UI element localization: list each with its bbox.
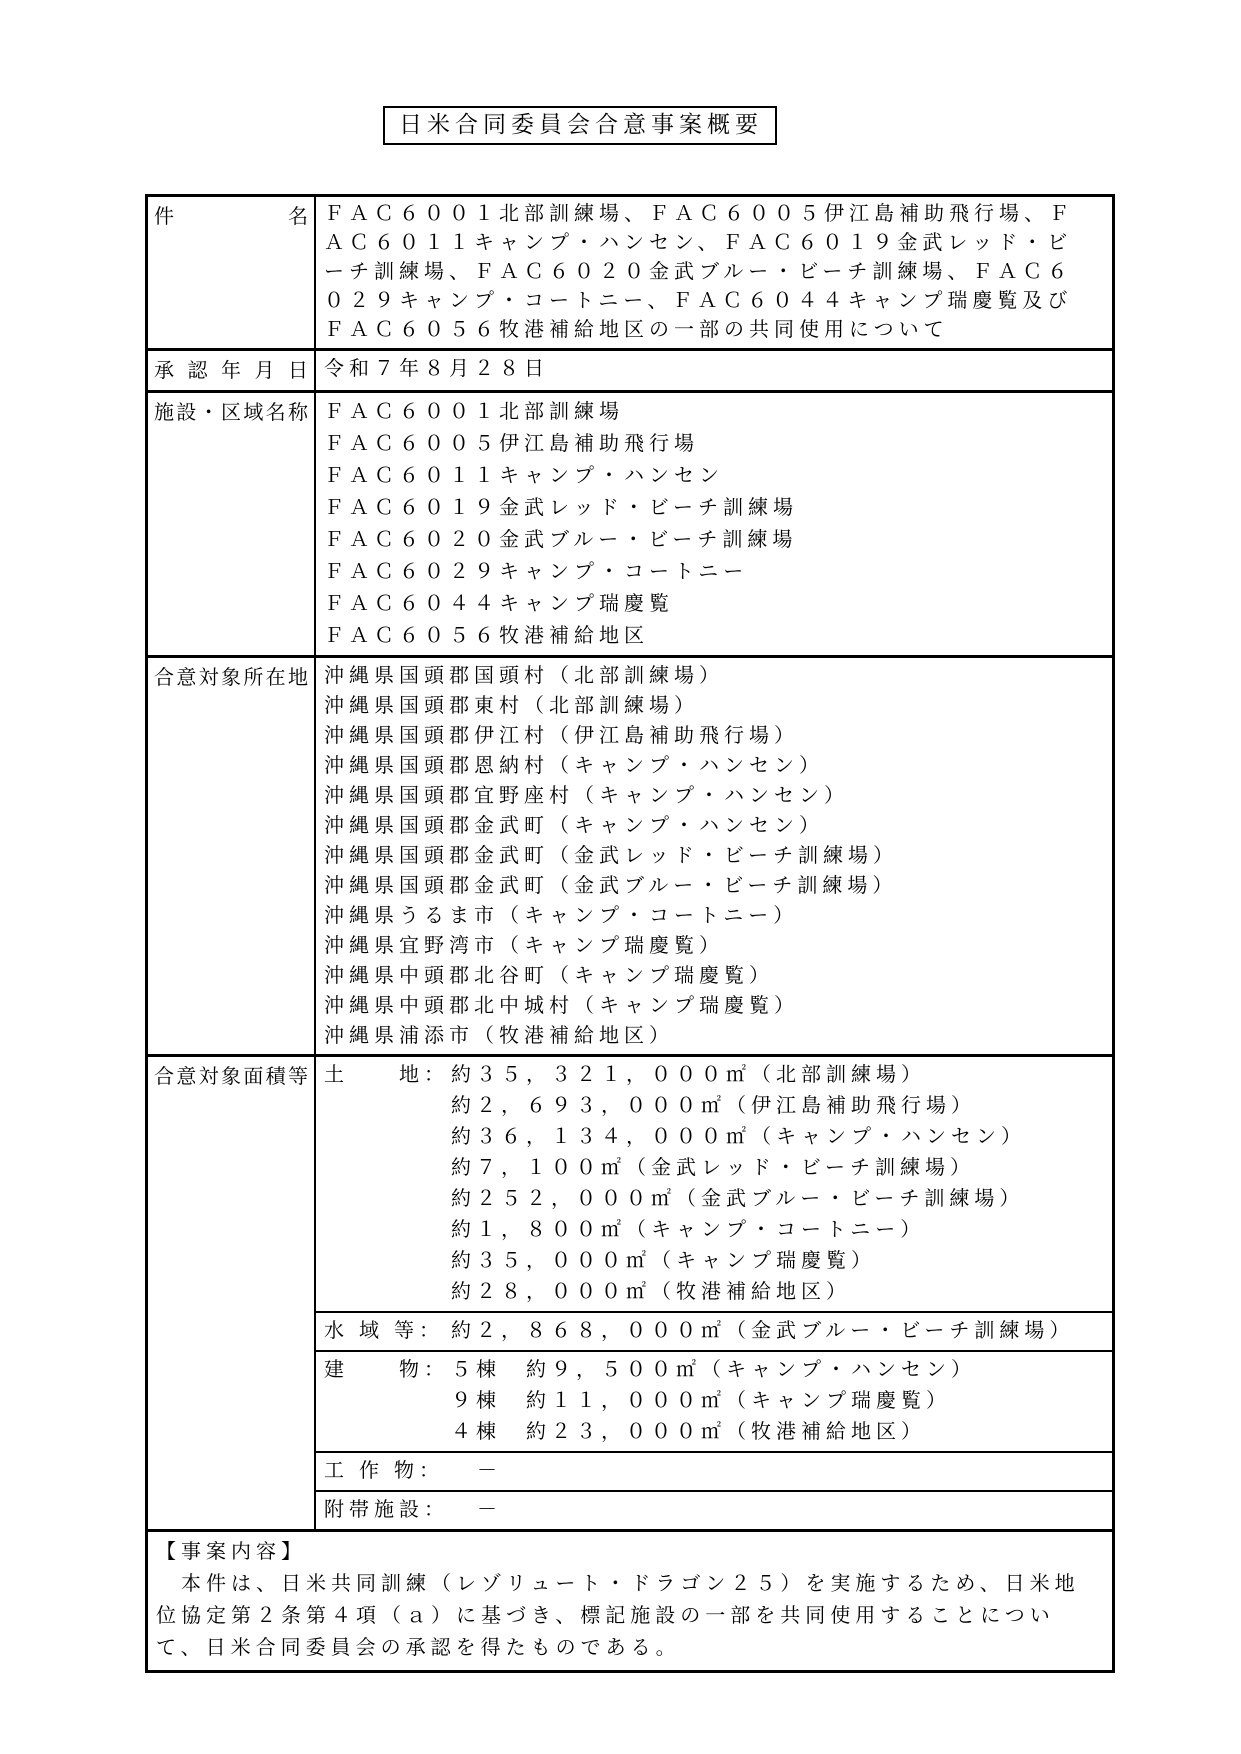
text-line: 沖縄県国頭郡金武町（キャンプ・ハンセン）	[324, 811, 1104, 841]
area-buildings-value: ５棟 約９，５００㎡（キャンプ・ハンセン）	[451, 1359, 976, 1381]
text-line: ＦＡＣ６００１北部訓練場	[324, 396, 1104, 428]
text-line: ーチ訓練場、ＦＡＣ６０２０金武ブルー・ビーチ訓練場、ＦＡＣ６	[324, 258, 1104, 287]
row-approval-date-label: 承認年月日	[148, 351, 316, 390]
text-line: 沖縄県中頭郡北谷町（キャンプ瑞慶覧）	[324, 961, 1104, 991]
row-area: 合意対象面積等 土 地：約３５，３２１，０００㎡（北部訓練場） 約２，６９３，０…	[148, 1054, 1112, 1529]
text-line: ４棟 約２３，０００㎡（牧港補給地区）	[324, 1417, 1104, 1448]
text-line: 約３５，０００㎡（キャンプ瑞慶覧）	[324, 1246, 1104, 1277]
area-water-value: 約２，８６８，０００㎡（金武ブルー・ビーチ訓練場）	[451, 1320, 1074, 1342]
text-line: 約１，８００㎡（キャンプ・コートニー）	[324, 1215, 1104, 1246]
document-title-box: 日米合同委員会合意事案概要	[383, 106, 777, 145]
document-page: 日米合同委員会合意事案概要 件名 ＦＡＣ６００１北部訓練場、ＦＡＣ６００５伊江島…	[0, 0, 1241, 1754]
area-water-line: 水 域 等：約２，８６８，０００㎡（金武ブルー・ビーチ訓練場）	[324, 1316, 1104, 1347]
agreement-summary-table: 件名 ＦＡＣ６００１北部訓練場、ＦＡＣ６００５伊江島補助飛行場、ＦＡＣ６０１１キ…	[145, 194, 1115, 1673]
row-facility-names-content: ＦＡＣ６００１北部訓練場ＦＡＣ６００５伊江島補助飛行場ＦＡＣ６０１１キャンプ・ハ…	[316, 393, 1112, 655]
text-line: 沖縄県国頭郡伊江村（伊江島補助飛行場）	[324, 721, 1104, 751]
row-area-label: 合意対象面積等	[148, 1057, 316, 1529]
area-land-label: 土 地：	[324, 1060, 451, 1091]
area-structures: 工 作 物：－	[316, 1451, 1112, 1490]
area-buildings: 建 物：５棟 約９，５００㎡（キャンプ・ハンセン） ９棟 約１１，０００㎡（キャ…	[316, 1350, 1112, 1451]
row-locations-content: 沖縄県国頭郡国頭村（北部訓練場）沖縄県国頭郡東村（北部訓練場）沖縄県国頭郡伊江村…	[316, 658, 1112, 1054]
row-subject-content: ＦＡＣ６００１北部訓練場、ＦＡＣ６００５伊江島補助飛行場、ＦＡＣ６０１１キャンプ…	[316, 197, 1112, 348]
text-line: ＦＡＣ６０１１キャンプ・ハンセン	[324, 460, 1104, 492]
row-locations: 合意対象所在地 沖縄県国頭郡国頭村（北部訓練場）沖縄県国頭郡東村（北部訓練場）沖…	[148, 655, 1112, 1054]
area-land-value: 約３５，３２１，０００㎡（北部訓練場）	[451, 1064, 926, 1086]
case-details-paragraph: 本件は、日米共同訓練（レゾリュート・ドラゴン２５）を実施するため、日米地位協定第…	[156, 1568, 1104, 1664]
area-structures-line: 工 作 物：－	[324, 1456, 1104, 1487]
row-case-details: 【事案内容】 本件は、日米共同訓練（レゾリュート・ドラゴン２５）を実施するため、…	[148, 1529, 1112, 1670]
text-line: ９棟 約１１，０００㎡（キャンプ瑞慶覧）	[324, 1386, 1104, 1417]
text-line: 沖縄県浦添市（牧港補給地区）	[324, 1021, 1104, 1051]
row-approval-date: 承認年月日 令和７年８月２８日	[148, 348, 1112, 390]
text-line: 位協定第２条第４項（ａ）に基づき、標記施設の一部を共同使用することについ	[156, 1600, 1104, 1632]
text-line: 本件は、日米共同訓練（レゾリュート・ドラゴン２５）を実施するため、日米地	[156, 1568, 1104, 1600]
row-subject-label: 件名	[148, 197, 316, 348]
row-facility-names-label: 施設・区域名称	[148, 393, 316, 655]
text-line: 沖縄県国頭郡東村（北部訓練場）	[324, 691, 1104, 721]
text-line: ＦＡＣ６０５６牧港補給地区の一部の共同使用について	[324, 316, 1104, 345]
area-water-label: 水 域 等：	[324, 1316, 451, 1347]
row-subject: 件名 ＦＡＣ６００１北部訓練場、ＦＡＣ６００５伊江島補助飛行場、ＦＡＣ６０１１キ…	[148, 197, 1112, 348]
text-line: 約２，６９３，０００㎡（伊江島補助飛行場）	[324, 1091, 1104, 1122]
text-line: ＦＡＣ６０２０金武ブルー・ビーチ訓練場	[324, 524, 1104, 556]
area-water: 水 域 等：約２，８６８，０００㎡（金武ブルー・ビーチ訓練場）	[316, 1311, 1112, 1350]
text-line: ＦＡＣ６０２９キャンプ・コートニー	[324, 556, 1104, 588]
text-line: 沖縄県国頭郡恩納村（キャンプ・ハンセン）	[324, 751, 1104, 781]
approval-date-value: 令和７年８月２８日	[324, 354, 1104, 384]
document-title: 日米合同委員会合意事案概要	[399, 112, 763, 137]
text-line: 沖縄県国頭郡宜野座村（キャンプ・ハンセン）	[324, 781, 1104, 811]
text-line: 沖縄県うるま市（キャンプ・コートニー）	[324, 901, 1104, 931]
area-land-first-line: 土 地：約３５，３２１，０００㎡（北部訓練場）	[324, 1060, 1104, 1091]
text-line: ＦＡＣ６００５伊江島補助飛行場	[324, 428, 1104, 460]
text-line: 沖縄県中頭郡北中城村（キャンプ瑞慶覧）	[324, 991, 1104, 1021]
text-line: 約２５２，０００㎡（金武ブルー・ビーチ訓練場）	[324, 1184, 1104, 1215]
text-line: 沖縄県宜野湾市（キャンプ瑞慶覧）	[324, 931, 1104, 961]
area-ancillary-line: 附帯施設：－	[324, 1495, 1104, 1526]
area-buildings-first-line: 建 物：５棟 約９，５００㎡（キャンプ・ハンセン）	[324, 1355, 1104, 1386]
text-line: て、日米合同委員会の承認を得たものである。	[156, 1632, 1104, 1664]
text-line: ０２９キャンプ・コートニー、ＦＡＣ６０４４キャンプ瑞慶覧及び	[324, 287, 1104, 316]
text-line: 約２８，０００㎡（牧港補給地区）	[324, 1277, 1104, 1308]
area-buildings-continuation: ９棟 約１１，０００㎡（キャンプ瑞慶覧）４棟 約２３，０００㎡（牧港補給地区）	[324, 1386, 1104, 1448]
case-details-heading: 【事案内容】	[156, 1536, 1104, 1568]
area-structures-value: －	[477, 1460, 502, 1482]
area-ancillary-label: 附帯施設：	[324, 1495, 451, 1526]
area-buildings-label: 建 物：	[324, 1355, 451, 1386]
text-line: 沖縄県国頭郡金武町（金武ブルー・ビーチ訓練場）	[324, 871, 1104, 901]
text-line: ＦＡＣ６０５６牧港補給地区	[324, 620, 1104, 652]
text-line: 約３６，１３４，０００㎡（キャンプ・ハンセン）	[324, 1122, 1104, 1153]
text-line: ＦＡＣ６０１９金武レッド・ビーチ訓練場	[324, 492, 1104, 524]
text-line: ＡＣ６０１１キャンプ・ハンセン、ＦＡＣ６０１９金武レッド・ビ	[324, 229, 1104, 258]
area-ancillary: 附帯施設：－	[316, 1490, 1112, 1529]
text-line: 約７，１００㎡（金武レッド・ビーチ訓練場）	[324, 1153, 1104, 1184]
row-approval-date-content: 令和７年８月２８日	[316, 351, 1112, 390]
text-line: 沖縄県国頭郡国頭村（北部訓練場）	[324, 661, 1104, 691]
area-structures-label: 工 作 物：	[324, 1456, 451, 1487]
area-ancillary-value: －	[477, 1499, 502, 1521]
row-locations-label: 合意対象所在地	[148, 658, 316, 1054]
row-facility-names: 施設・区域名称 ＦＡＣ６００１北部訓練場ＦＡＣ６００５伊江島補助飛行場ＦＡＣ６０…	[148, 390, 1112, 655]
text-line: ＦＡＣ６００１北部訓練場、ＦＡＣ６００５伊江島補助飛行場、Ｆ	[324, 200, 1104, 229]
area-land-continuation: 約２，６９３，０００㎡（伊江島補助飛行場）約３６，１３４，０００㎡（キャンプ・ハ…	[324, 1091, 1104, 1308]
area-land: 土 地：約３５，３２１，０００㎡（北部訓練場） 約２，６９３，０００㎡（伊江島補…	[316, 1057, 1112, 1311]
text-line: ＦＡＣ６０４４キャンプ瑞慶覧	[324, 588, 1104, 620]
row-area-content: 土 地：約３５，３２１，０００㎡（北部訓練場） 約２，６９３，０００㎡（伊江島補…	[316, 1057, 1112, 1529]
text-line: 沖縄県国頭郡金武町（金武レッド・ビーチ訓練場）	[324, 841, 1104, 871]
